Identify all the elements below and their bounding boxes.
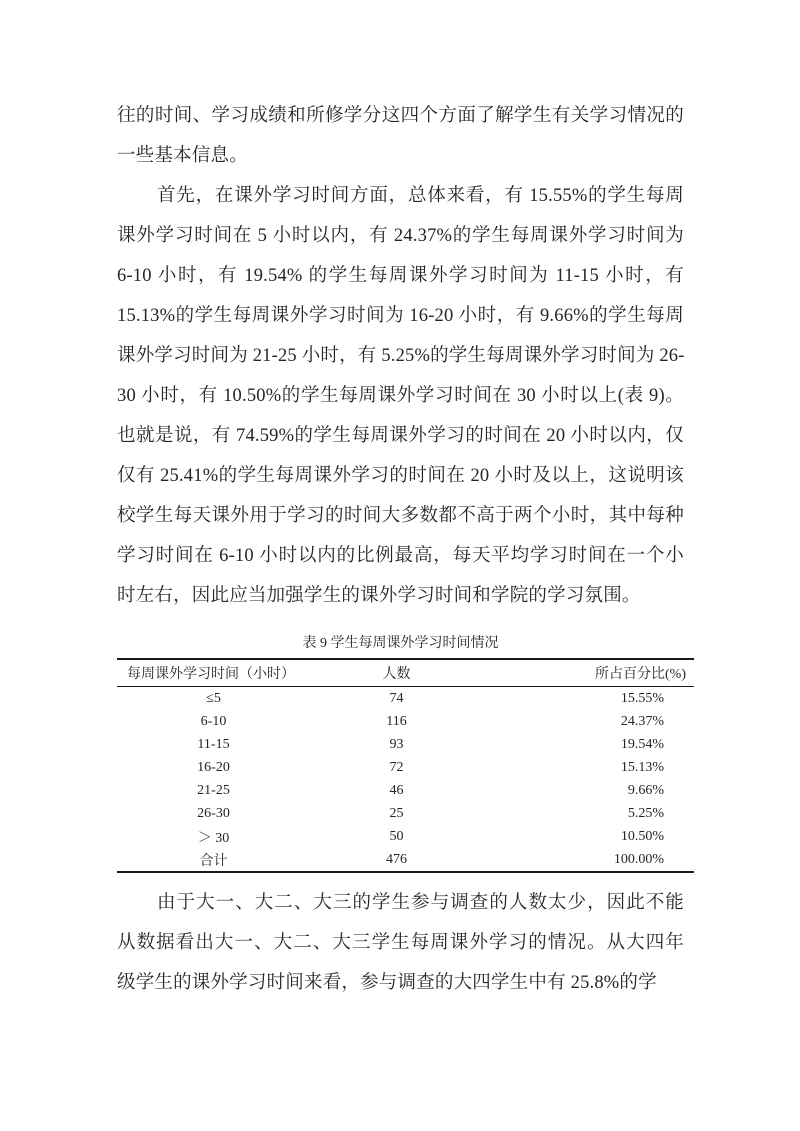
document-page: 往的时间、学习成绩和所修学分这四个方面了解学生有关学习情况的 一些基本信息。 首…: [0, 0, 800, 1131]
table-row: ≤5 74 15.55%: [117, 687, 694, 711]
table-row: 16-20 72 15.13%: [117, 756, 694, 779]
paragraph-1: 往的时间、学习成绩和所修学分这四个方面了解学生有关学习情况的 一些基本信息。: [117, 96, 684, 176]
cell-time-range: 21-25: [117, 779, 310, 802]
table-row: 21-25 46 9.66%: [117, 779, 694, 802]
paragraph-line: 也就是说，有 74.59%的学生每周课外学习的时间在 20 小时以内，仅: [117, 416, 684, 456]
cell-percent: 5.25%: [483, 802, 694, 825]
column-header-count: 人数: [310, 659, 483, 687]
table-row: 6-10 116 24.37%: [117, 710, 694, 733]
cell-count: 74: [310, 687, 483, 711]
cell-time-range: ＞ 30: [117, 825, 310, 848]
cell-percent: 24.37%: [483, 710, 694, 733]
cell-count: 93: [310, 733, 483, 756]
paragraph-line: 校学生每天课外用于学习的时间大多数都不高于两个小时，其中每种: [117, 496, 684, 536]
paragraph-line: 15.13%的学生每周课外学习时间为 16-20 小时，有 9.66%的学生每周: [117, 296, 684, 336]
paragraph-line: 30 小时，有 10.50%的学生每周课外学习时间在 30 小时以上(表 9)。: [117, 376, 684, 416]
paragraph-line: 从数据看出大一、大二、大三学生每周课外学习的情况。从大四年: [117, 923, 684, 963]
cell-time-range: 11-15: [117, 733, 310, 756]
cell-time-range: ≤5: [117, 687, 310, 711]
cell-count: 116: [310, 710, 483, 733]
cell-count: 72: [310, 756, 483, 779]
paragraph-2: 首先，在课外学习时间方面，总体来看，有 15.55%的学生每周 课外学习时间在 …: [117, 176, 684, 616]
cell-time-range: 6-10: [117, 710, 310, 733]
column-header-time: 每周课外学习时间（小时）: [117, 659, 310, 687]
paragraph-line: 课外学习时间为 21-25 小时，有 5.25%的学生每周课外学习时间为 26-: [117, 336, 684, 376]
paragraph-line: 学习时间在 6-10 小时以内的比例最高，每天平均学习时间在一个小: [117, 536, 684, 576]
column-header-percent: 所占百分比(%): [483, 659, 694, 687]
cell-count: 46: [310, 779, 483, 802]
cell-percent: 15.55%: [483, 687, 694, 711]
study-time-table: 每周课外学习时间（小时） 人数 所占百分比(%) ≤5 74 15.55% 6-…: [117, 658, 694, 873]
paragraph-line: 课外学习时间在 5 小时以内，有 24.37%的学生每周课外学习时间为: [117, 216, 684, 256]
table-row: ＞ 30 50 10.50%: [117, 825, 694, 848]
paragraph-line: 首先，在课外学习时间方面，总体来看，有 15.55%的学生每周: [117, 176, 684, 216]
paragraph-line: 6-10 小时，有 19.54% 的学生每周课外学习时间为 11-15 小时，有: [117, 256, 684, 296]
cell-time-range: 合计: [117, 848, 310, 872]
page-content: 往的时间、学习成绩和所修学分这四个方面了解学生有关学习情况的 一些基本信息。 首…: [117, 96, 684, 1003]
table-caption: 表 9 学生每周课外学习时间情况: [117, 634, 684, 654]
cell-percent: 19.54%: [483, 733, 694, 756]
cell-percent: 15.13%: [483, 756, 694, 779]
table-row-total: 合计 476 100.00%: [117, 848, 694, 872]
cell-percent: 10.50%: [483, 825, 694, 848]
cell-percent: 9.66%: [483, 779, 694, 802]
table-row: 11-15 93 19.54%: [117, 733, 694, 756]
cell-count: 50: [310, 825, 483, 848]
paragraph-3: 由于大一、大二、大三的学生参与调查的人数太少，因此不能 从数据看出大一、大二、大…: [117, 883, 684, 1003]
paragraph-line: 往的时间、学习成绩和所修学分这四个方面了解学生有关学习情况的: [117, 96, 684, 136]
table-row: 26-30 25 5.25%: [117, 802, 694, 825]
cell-time-range: 26-30: [117, 802, 310, 825]
paragraph-line: 时左右，因此应当加强学生的课外学习时间和学院的学习氛围。: [117, 576, 684, 616]
cell-time-range: 16-20: [117, 756, 310, 779]
cell-count: 476: [310, 848, 483, 872]
paragraph-line: 由于大一、大二、大三的学生参与调查的人数太少，因此不能: [117, 883, 684, 923]
paragraph-line: 仅有 25.41%的学生每周课外学习的时间在 20 小时及以上，这说明该: [117, 456, 684, 496]
cell-count: 25: [310, 802, 483, 825]
cell-percent: 100.00%: [483, 848, 694, 872]
table-header-row: 每周课外学习时间（小时） 人数 所占百分比(%): [117, 659, 694, 687]
paragraph-line: 级学生的课外学习时间来看，参与调查的大四学生中有 25.8%的学: [117, 963, 684, 1003]
paragraph-line: 一些基本信息。: [117, 136, 684, 176]
